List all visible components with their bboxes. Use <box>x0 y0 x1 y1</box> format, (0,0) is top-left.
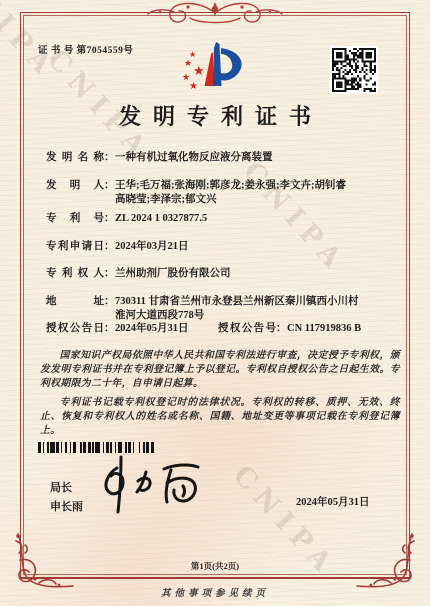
field-label: 专利申请日 <box>46 240 104 254</box>
colon: ： <box>104 240 115 254</box>
field-label: 地址 <box>46 295 104 309</box>
field-row-patent-number: 专利号： ZL 2024 1 0327877.5 <box>46 212 404 226</box>
colon: ： <box>104 179 115 193</box>
qr-code <box>330 46 378 94</box>
field-row-address: 地址： 730311 甘肃省兰州市永登县兰州新区秦川镇西小川村 淮河大道西段77… <box>46 295 404 322</box>
legal-paragraph-2: 专利证书记载专利权登记时的法律状况。专利权的转移、质押、无效、终止、恢复和专利权… <box>40 396 400 439</box>
legal-text: 国家知识产权局依照中华人民共和国专利法进行审查，决定授予专利权，颁发发明专利证书… <box>40 349 400 438</box>
grant-number-group: 授权公告号： CN 117919836 B <box>218 322 361 336</box>
address-line2: 淮河大道西段778号 <box>115 309 404 323</box>
top-flourish-ornament <box>130 0 300 30</box>
grant-number-value: CN 117919836 B <box>287 322 361 336</box>
field-label: 发明名称 <box>46 151 104 165</box>
filing-date-value: 2024年03月21日 <box>115 240 404 254</box>
colon: ： <box>104 212 115 226</box>
star-icon: ★ <box>193 65 205 78</box>
field-row-grant: 授权公告日： 2024年05月31日 授权公告号： CN 117919836 B <box>46 322 404 336</box>
field-label: 专利号 <box>46 212 104 226</box>
colon: ： <box>104 322 115 336</box>
address-value: 730311 甘肃省兰州市永登县兰州新区秦川镇西小川村 淮河大道西段778号 <box>115 295 404 322</box>
inventors-line2: 高晓莹;李泽宗;郁文兴 <box>115 193 404 207</box>
certificate-number: 证 书 号 第7054559号 <box>38 42 133 56</box>
patent-number-value: ZL 2024 1 0327877.5 <box>115 212 404 226</box>
colon: ： <box>104 295 115 309</box>
corner-flourish-ornament <box>13 533 75 591</box>
address-line1: 730311 甘肃省兰州市永登县兰州新区秦川镇西小川村 <box>115 295 404 309</box>
field-row-inventors: 发明人： 王华;毛万福;张海刚;郭彦龙;姜永强;李文卉;胡钊睿 高晓莹;李泽宗;… <box>46 179 404 206</box>
signer-name: 申长雨 <box>50 498 83 514</box>
handwritten-signature <box>86 452 224 516</box>
grant-signature-date: 2024年05月31日 <box>296 494 370 509</box>
cnipa-logo-icon: ★ ★ ★ ★ ★ <box>183 42 247 102</box>
star-icon: ★ <box>189 82 198 92</box>
corner-flourish-ornament <box>355 533 417 591</box>
field-label: 授权公告日 <box>46 322 104 336</box>
field-label: 发明人 <box>46 179 104 193</box>
inventors-line1: 王华;毛万福;张海刚;郭彦龙;姜永强;李文卉;胡钊睿 <box>115 179 404 193</box>
signer-title: 局长 <box>50 479 72 495</box>
field-label: 专利权人 <box>46 267 104 281</box>
colon: ： <box>104 151 115 165</box>
invention-name-value: 一种有机过氧化物反应液分离装置 <box>115 151 404 165</box>
field-row-filing-date: 专利申请日： 2024年03月21日 <box>46 240 404 254</box>
field-label: 授权公告号 <box>218 322 276 336</box>
field-row-patentee: 专利权人： 兰州助剂厂股份有限公司 <box>46 267 404 281</box>
inventors-value: 王华;毛万福;张海刚;郭彦龙;姜永强;李文卉;胡钊睿 高晓莹;李泽宗;郁文兴 <box>115 179 404 206</box>
certificate-title: 发明专利证书 <box>0 100 430 131</box>
colon: ： <box>104 267 115 281</box>
star-icon: ★ <box>189 51 196 59</box>
legal-paragraph-1: 国家知识产权局依照中华人民共和国专利法进行审查，决定授予专利权，颁发发明专利证书… <box>40 349 400 392</box>
field-row-invention-name: 发明名称： 一种有机过氧化物反应液分离装置 <box>46 151 404 165</box>
colon: ： <box>276 322 287 336</box>
star-icon: ★ <box>184 60 192 69</box>
patentee-value: 兰州助剂厂股份有限公司 <box>115 267 404 281</box>
